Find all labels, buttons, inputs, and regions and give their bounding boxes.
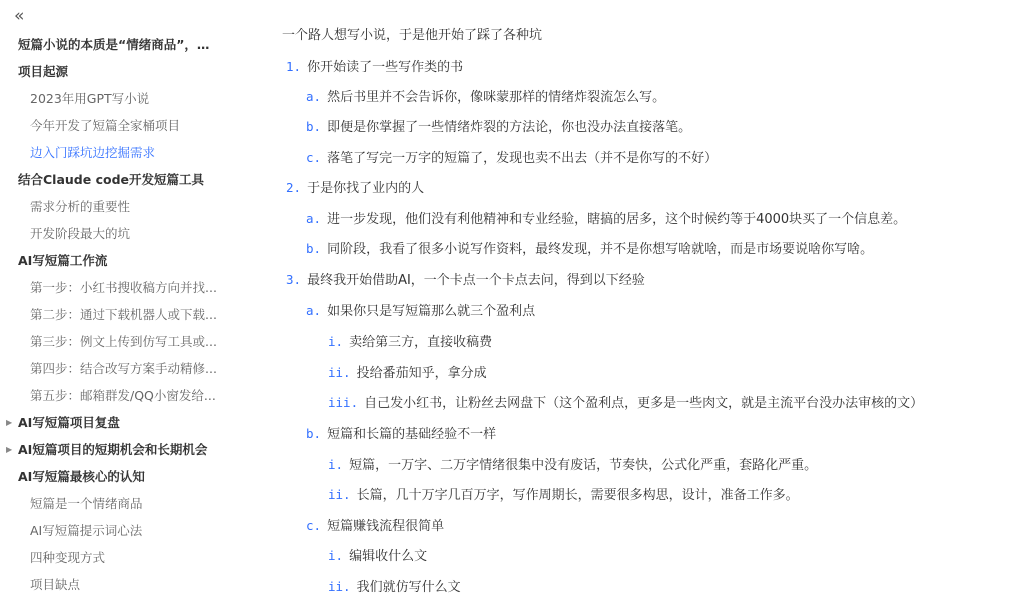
list-marker: ii.	[328, 487, 351, 502]
line-text: 我们就仿写什么文	[357, 580, 461, 595]
line-text: 你开始读了一些写作类的书	[307, 60, 463, 75]
list-item: i.短篇，一万字、二万字情绪很集中没有废话，节奏快，公式化严重，套路化严重。	[328, 456, 817, 475]
line-text: 短篇和长篇的基础经验不一样	[327, 427, 496, 442]
line-text: 一个路人想写小说，于是他开始了踩了各种坑	[282, 28, 542, 43]
list-item: b.即便是你掌握了一些情绪炸裂的方法论，你也没办法直接落笔。	[306, 118, 691, 137]
line-text: 长篇，几十万字几百万字，写作周期长，需要很多构思，设计，准备工作多。	[357, 488, 799, 503]
line-text: 同阶段，我看了很多小说写作资料，最终发现，并不是你想写啥就啥，而是市场要说啥你写…	[327, 242, 873, 257]
list-marker: b.	[306, 119, 321, 134]
list-marker: i.	[328, 548, 343, 563]
list-marker: c.	[306, 150, 321, 165]
list-marker: 2.	[286, 180, 301, 195]
line-text: 投给番茄知乎，拿分成	[357, 366, 487, 381]
list-marker: ii.	[328, 579, 351, 594]
list-item: ii.投给番茄知乎，拿分成	[328, 364, 487, 383]
list-marker: ii.	[328, 365, 351, 380]
list-item: 1.你开始读了一些写作类的书	[286, 58, 463, 77]
intro-paragraph: 一个路人想写小说，于是他开始了踩了各种坑	[282, 27, 542, 45]
list-item: a.如果你只是写短篇那么就三个盈利点	[306, 302, 535, 321]
list-item: ii.长篇，几十万字几百万字，写作周期长，需要很多构思，设计，准备工作多。	[328, 486, 799, 505]
line-text: 短篇，一万字、二万字情绪很集中没有废话，节奏快，公式化严重，套路化严重。	[349, 458, 817, 473]
list-marker: 1.	[286, 59, 301, 74]
list-marker: i.	[328, 457, 343, 472]
list-item: i.卖给第三方，直接收稿费	[328, 333, 492, 352]
line-text: 自己发小红书，让粉丝去网盘下（这个盈利点，更多是一些肉文，就是主流平台没办法审核…	[364, 396, 923, 411]
list-marker: 3.	[286, 272, 301, 287]
line-text: 进一步发现，他们没有利他精神和专业经验，瞎搞的居多，这个时候约等于4000块买了…	[327, 212, 906, 227]
line-text: 如果你只是写短篇那么就三个盈利点	[327, 304, 535, 319]
list-item: c.短篇赚钱流程很简单	[306, 517, 444, 536]
line-text: 短篇赚钱流程很简单	[327, 519, 444, 534]
list-item: a.然后书里并不会告诉你，像咪蒙那样的情绪炸裂流怎么写。	[306, 88, 665, 107]
line-text: 编辑收什么文	[349, 549, 427, 564]
list-item: b.同阶段，我看了很多小说写作资料，最终发现，并不是你想写啥就啥，而是市场要说啥…	[306, 240, 873, 259]
document-body: 一个路人想写小说，于是他开始了踩了各种坑 1.你开始读了一些写作类的书 a.然后…	[0, 0, 1024, 599]
list-marker: i.	[328, 334, 343, 349]
list-marker: c.	[306, 518, 321, 533]
list-item: a.进一步发现，他们没有利他精神和专业经验，瞎搞的居多，这个时候约等于4000块…	[306, 210, 906, 229]
line-text: 于是你找了业内的人	[307, 181, 424, 196]
line-text: 即便是你掌握了一些情绪炸裂的方法论，你也没办法直接落笔。	[327, 120, 691, 135]
list-marker: b.	[306, 241, 321, 256]
list-item: c.落笔了写完一万字的短篇了，发现也卖不出去（并不是你写的不好）	[306, 149, 717, 168]
line-text: 卖给第三方，直接收稿费	[349, 335, 492, 350]
line-text: 然后书里并不会告诉你，像咪蒙那样的情绪炸裂流怎么写。	[327, 90, 665, 105]
list-marker: a.	[306, 211, 321, 226]
list-item: b.短篇和长篇的基础经验不一样	[306, 425, 496, 444]
list-marker: a.	[306, 303, 321, 318]
list-marker: b.	[306, 426, 321, 441]
list-marker: iii.	[328, 395, 358, 410]
list-item: i.编辑收什么文	[328, 547, 427, 566]
list-item: 2.于是你找了业内的人	[286, 179, 424, 198]
list-item: ii.我们就仿写什么文	[328, 578, 461, 597]
line-text: 最终我开始借助AI，一个卡点一个卡点去问，得到以下经验	[307, 273, 645, 288]
list-item: 3.最终我开始借助AI，一个卡点一个卡点去问，得到以下经验	[286, 271, 645, 290]
list-marker: a.	[306, 89, 321, 104]
list-item: iii.自己发小红书，让粉丝去网盘下（这个盈利点，更多是一些肉文，就是主流平台没…	[328, 394, 923, 413]
line-text: 落笔了写完一万字的短篇了，发现也卖不出去（并不是你写的不好）	[327, 151, 717, 166]
